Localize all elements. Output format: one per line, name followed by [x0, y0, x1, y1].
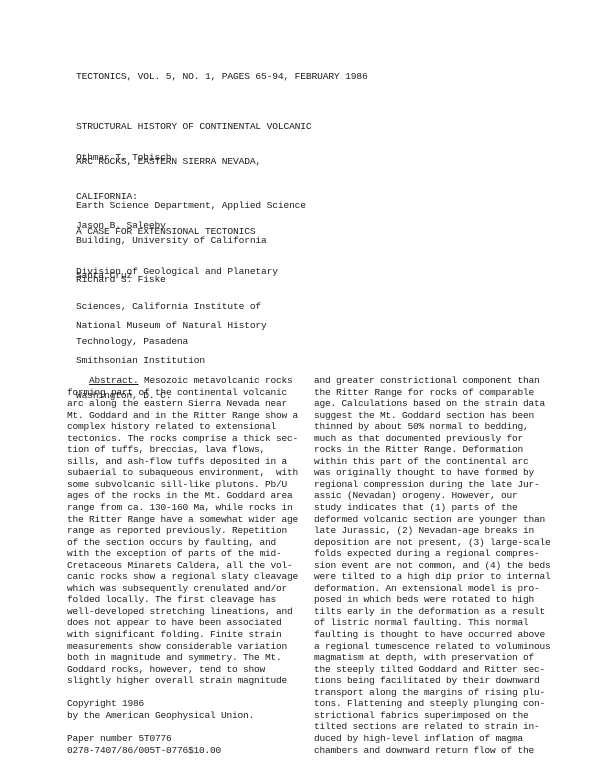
- abstract-left-column: Abstract. Mesozoic metavolcanic rocks fo…: [67, 375, 302, 756]
- abstract-line: tilted sections are related to strain in…: [314, 721, 549, 733]
- abstract-line: with the exception of parts of the mid-: [67, 548, 302, 560]
- paper-number: Paper number 5T0776: [67, 733, 302, 745]
- copyright-line: Copyright 1986: [67, 698, 302, 710]
- author-name: Jason B. Saleeby: [76, 220, 166, 232]
- abstract-line: tion of tuffs, breccias, lava flows,: [67, 444, 302, 456]
- abstract-line: the Ritter Range have a somewhat wider a…: [67, 514, 302, 526]
- abstract-left-lines: forming part of the continental volcanic…: [67, 387, 302, 687]
- abstract-line: ages of the rocks in the Mt. Goddard are…: [67, 490, 302, 502]
- abstract-line: deposition are not present, (3) large-sc…: [314, 537, 549, 549]
- abstract-line: measurements show considerable variation: [67, 641, 302, 653]
- abstract-line: age. Calculations based on the strain da…: [314, 398, 549, 410]
- abstract-line: deformed volcanic section are younger th…: [314, 514, 549, 526]
- abstract-line: duced by high-level inflation of magma: [314, 733, 549, 745]
- title-line: STRUCTURAL HISTORY OF CONTINENTAL VOLCAN…: [76, 121, 312, 133]
- abstract-line: tectonics. The rocks comprise a thick se…: [67, 433, 302, 445]
- abstract-line: which was subsequently crenulated and/or: [67, 583, 302, 595]
- paper-code: 0278-7407/86/005T-0776$10.00: [67, 745, 302, 757]
- abstract-line: within this part of the continental arc: [314, 456, 549, 468]
- paper-page: TECTONICS, VOL. 5, NO. 1, PAGES 65-94, F…: [0, 0, 600, 784]
- abstract-line: magmatism at depth, with preservation of: [314, 652, 549, 664]
- abstract-line: with significant folding. Finite strain: [67, 629, 302, 641]
- abstract-line: folds expected during a regional compres…: [314, 548, 549, 560]
- abstract-line: Mt. Goddard and in the Ritter Range show…: [67, 410, 302, 422]
- abstract-line: canic rocks show a regional slaty cleava…: [67, 571, 302, 583]
- abstract-line: regional compression during the late Jur…: [314, 479, 549, 491]
- abstract-line: tilts early in the deformation as a resu…: [314, 606, 549, 618]
- abstract-line: much as that documented previously for: [314, 433, 549, 445]
- abstract-line: rocks in the Ritter Range. Deformation: [314, 444, 549, 456]
- abstract-line: range from ca. 130-160 Ma, while rocks i…: [67, 502, 302, 514]
- abstract-line: posed in which beds were rotated to high: [314, 594, 549, 606]
- abstract-line: was originally thought to have formed by: [314, 467, 549, 479]
- abstract-line: sills, and ash-flow tuffs deposited in a: [67, 456, 302, 468]
- abstract-line: range as reported previously. Repetition: [67, 525, 302, 537]
- abstract-line: slightly higher overall strain magnitude: [67, 675, 302, 687]
- abstract-line: a regional tumescence related to volumin…: [314, 641, 549, 653]
- abstract-right-column: and greater constrictional component tha…: [314, 375, 549, 756]
- abstract-line: subaerial to subaqueous environment, wit…: [67, 467, 302, 479]
- abstract-line: folded locally. The first cleavage has: [67, 594, 302, 606]
- abstract-line: complex history related to extensional: [67, 421, 302, 433]
- abstract-text: Mesozoic metavolcanic rocks: [139, 375, 293, 386]
- abstract-line: of the section occurs by faulting, and: [67, 537, 302, 549]
- author-name: Richard S. Fiske: [76, 274, 166, 286]
- abstract-line: tions being facilitated by their downwar…: [314, 675, 549, 687]
- abstract-line: well-developed stretching lineations, an…: [67, 606, 302, 618]
- abstract-line: both in magnitude and symmetry. The Mt.: [67, 652, 302, 664]
- abstract-line: strictional fabrics superimposed on the: [314, 710, 549, 722]
- abstract-line: thinned by about 50% normal to bedding,: [314, 421, 549, 433]
- abstract-line: chambers and downward return flow of the: [314, 745, 549, 757]
- abstract-line: the steeply tilted Goddard and Ritter se…: [314, 664, 549, 676]
- abstract-line: assic (Nevadan) orogeny. However, our: [314, 490, 549, 502]
- abstract-line: late Jurassic, (2) Nevadan-age breaks in: [314, 525, 549, 537]
- copyright-line: by the American Geophysical Union.: [67, 710, 302, 722]
- abstract-line: Goddard rocks, however, tend to show: [67, 664, 302, 676]
- abstract-line: sion event are not common, and (4) the b…: [314, 560, 549, 572]
- abstract-line: does not appear to have been associated: [67, 617, 302, 629]
- author-name: Othmar T. Tobisch: [76, 152, 171, 164]
- abstract-label: Abstract.: [89, 375, 139, 386]
- abstract-first-line: Abstract. Mesozoic metavolcanic rocks: [67, 375, 302, 387]
- abstract-line: suggest the Mt. Goddard section has been: [314, 410, 549, 422]
- running-head: TECTONICS, VOL. 5, NO. 1, PAGES 65-94, F…: [76, 71, 368, 83]
- abstract-line: of listric normal faulting. This normal: [314, 617, 549, 629]
- affiliation-line: Earth Science Department, Applied Scienc…: [76, 200, 306, 212]
- abstract-line: were tilted to a high dip prior to inter…: [314, 571, 549, 583]
- abstract-right-lines: and greater constrictional component tha…: [314, 375, 549, 756]
- abstract-line: study indicates that (1) parts of the: [314, 502, 549, 514]
- abstract-line: tons. Flattening and steeply plunging co…: [314, 698, 549, 710]
- abstract-line: faulting is thought to have occurred abo…: [314, 629, 549, 641]
- abstract-line: Cretaceous Minarets Caldera, all the vol…: [67, 560, 302, 572]
- abstract-line: deformation. An extensional model is pro…: [314, 583, 549, 595]
- affiliation-line: Smithsonian Institution: [76, 355, 267, 367]
- abstract-line: forming part of the continental volcanic: [67, 387, 302, 399]
- abstract-line: the Ritter Range for rocks of comparable: [314, 387, 549, 399]
- abstract-line: and greater constrictional component tha…: [314, 375, 549, 387]
- abstract-line: transport along the margins of rising pl…: [314, 687, 549, 699]
- abstract-line: arc along the eastern Sierra Nevada near: [67, 398, 302, 410]
- affiliation-line: National Museum of Natural History: [76, 320, 267, 332]
- abstract-line: some subvolcanic sill-like plutons. Pb/U: [67, 479, 302, 491]
